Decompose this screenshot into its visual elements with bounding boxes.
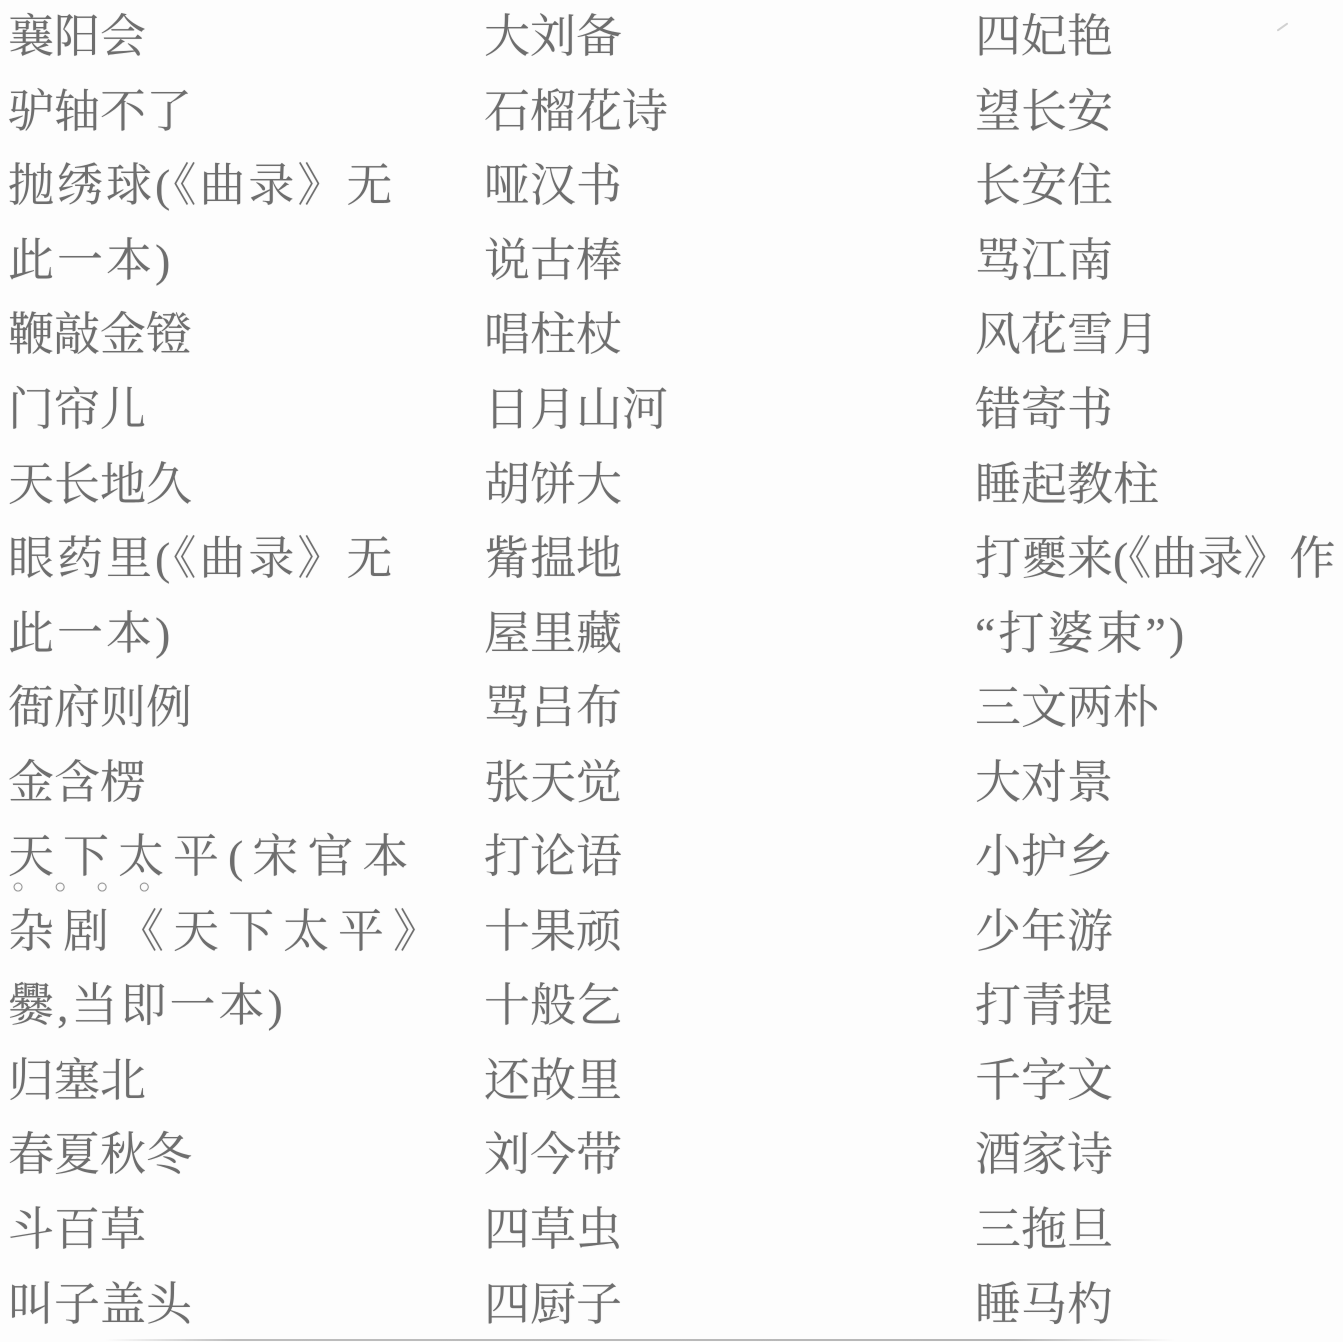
play-title-line: 风花雪月 [975,298,1343,373]
play-title-line: 十果顽 [484,895,950,970]
play-title-text: 打论语 [484,834,622,880]
play-title-line: 错寄书 [975,373,1343,448]
play-title-line: 还故里 [484,1044,950,1119]
play-title-line: 爨,当即一本) [8,969,474,1044]
play-title-line: “打婆束”) [975,596,1343,671]
play-title-text: 叫子盖头 [8,1282,192,1328]
play-title-text: 襄阳会 [8,14,146,60]
play-title-text: 睡马杓 [975,1282,1113,1328]
play-title-line: 觜揾地 [484,522,950,597]
play-title-line: 唱柱杖 [484,298,950,373]
play-title-line: 抛绣球(《曲录》无 [8,149,474,224]
play-title-text: 胡饼大 [484,462,622,508]
play-title-line: 大对景 [975,745,1343,820]
play-title-line: 衙府则例 [8,671,474,746]
play-title-line: 春夏秋冬 [8,1118,474,1193]
play-title-text: 春夏秋冬 [8,1132,192,1178]
play-title-line: 驴轴不了 [8,75,474,150]
play-title-line: 打夒来(《曲录》作 [975,522,1343,597]
play-title-text: 爨,当即一本) [8,983,286,1029]
play-title-line: 归塞北 [8,1044,474,1119]
play-title-text: 金含楞 [8,760,146,806]
play-title-text: 错寄书 [975,387,1113,433]
play-title-text: 眼药里(《曲录》无 [8,536,395,582]
play-title-line: 鞭敲金镫 [8,298,474,373]
play-title-line: 石榴花诗 [484,75,950,150]
title-column-left: 襄阳会驴轴不了抛绣球(《曲录》无此一本)鞭敲金镫门帘儿天长地久眼药里(《曲录》无… [8,0,474,1342]
play-title-text: 四厨子 [484,1282,622,1328]
play-title-text: 此一本) [8,238,173,284]
play-title-line: 屋里藏 [484,596,950,671]
play-title-line: 睡起教柱 [975,447,1343,522]
play-title-text: 天下太平(宋官本 [8,834,417,880]
play-title-line: 骂江南 [975,224,1343,299]
title-column-right: 四妃艳望长安长安住骂江南风花雪月错寄书睡起教柱打夒来(《曲录》作“打婆束”)三文… [975,0,1343,1342]
play-title-text: 石榴花诗 [484,89,668,135]
play-title-text: 大刘备 [484,14,622,60]
play-title-line: 十般乞 [484,969,950,1044]
play-title-text: 屋里藏 [484,611,622,657]
play-title-line: 打青提 [975,969,1343,1044]
play-title-text: 千字文 [975,1058,1113,1104]
play-title-text: 望长安 [975,89,1113,135]
play-title-text: 骂吕布 [484,685,622,731]
play-title-line: 三文两朴 [975,671,1343,746]
play-title-line: 长安住 [975,149,1343,224]
play-title-line: 四妃艳 [975,0,1343,75]
play-title-text: 天长地久 [8,462,192,508]
play-title-line: 三拖旦 [975,1193,1343,1268]
play-title-line: 睡马杓 [975,1267,1343,1342]
play-title-line: 酒家诗 [975,1118,1343,1193]
play-title-text: 衙府则例 [8,685,192,731]
play-title-line: 天下太平(宋官本○○○○ [8,820,474,895]
play-title-line: 眼药里(《曲录》无 [8,522,474,597]
play-title-line: 此一本) [8,596,474,671]
play-title-text: 说古棒 [484,238,622,284]
play-title-text: 打青提 [975,983,1113,1029]
play-title-text: 酒家诗 [975,1132,1113,1178]
play-title-text: “打婆束”) [975,611,1187,657]
play-title-line: 刘今带 [484,1118,950,1193]
play-title-line: 说古棒 [484,224,950,299]
play-title-text: 杂剧《天下太平》 [8,909,448,955]
play-title-text: 十般乞 [484,983,622,1029]
play-title-text: 张天觉 [484,760,622,806]
scanned-book-page: 襄阳会驴轴不了抛绣球(《曲录》无此一本)鞭敲金镫门帘儿天长地久眼药里(《曲录》无… [0,0,1343,1342]
play-title-text: 日月山河 [484,387,668,433]
play-title-text: 鞭敲金镫 [8,312,192,358]
play-title-text: 此一本) [8,611,173,657]
play-title-text: 少年游 [975,909,1113,955]
play-title-line: 张天觉 [484,745,950,820]
title-column-middle: 大刘备石榴花诗哑汉书说古棒唱柱杖日月山河胡饼大觜揾地屋里藏骂吕布张天觉打论语十果… [484,0,950,1342]
play-title-text: 唱柱杖 [484,312,622,358]
play-title-text: 打夒来(《曲录》作 [975,536,1335,582]
play-title-line: 日月山河 [484,373,950,448]
play-title-line: 大刘备 [484,0,950,75]
play-title-text: 四草虫 [484,1207,622,1253]
play-title-text: 长安住 [975,163,1113,209]
play-title-line: 此一本) [8,224,474,299]
play-title-line: 千字文 [975,1044,1343,1119]
play-title-line: 骂吕布 [484,671,950,746]
play-title-text: 哑汉书 [484,163,622,209]
play-title-text: 刘今带 [484,1132,622,1178]
play-title-line: 杂剧《天下太平》 [8,895,474,970]
play-title-text: 还故里 [484,1058,622,1104]
play-title-text: 睡起教柱 [975,462,1159,508]
play-title-line: 望长安 [975,75,1343,150]
play-title-text: 斗百草 [8,1207,146,1253]
play-title-line: 四厨子 [484,1267,950,1342]
play-title-line: 四草虫 [484,1193,950,1268]
play-title-line: 斗百草 [8,1193,474,1268]
play-title-text: 大对景 [975,760,1113,806]
play-title-text: 三拖旦 [975,1207,1113,1253]
play-title-text: 三文两朴 [975,685,1159,731]
play-title-line: 门帘儿 [8,373,474,448]
page-edge-line [105,1339,1175,1341]
play-title-text: 驴轴不了 [8,89,192,135]
play-title-line: 襄阳会 [8,0,474,75]
play-title-line: 小护乡 [975,820,1343,895]
play-title-text: 抛绣球(《曲录》无 [8,163,395,209]
play-title-text: 风花雪月 [975,312,1159,358]
play-title-text: 十果顽 [484,909,622,955]
play-title-text: 小护乡 [975,834,1113,880]
play-title-line: 哑汉书 [484,149,950,224]
play-title-text: 觜揾地 [484,536,622,582]
play-title-text: 归塞北 [8,1058,146,1104]
play-title-line: 胡饼大 [484,447,950,522]
play-title-line: 叫子盖头 [8,1267,474,1342]
play-title-text: 骂江南 [975,238,1113,284]
play-title-line: 金含楞 [8,745,474,820]
play-title-text: 四妃艳 [975,14,1113,60]
play-title-line: 天长地久 [8,447,474,522]
play-title-line: 少年游 [975,895,1343,970]
play-title-text: 门帘儿 [8,387,146,433]
play-title-line: 打论语 [484,820,950,895]
